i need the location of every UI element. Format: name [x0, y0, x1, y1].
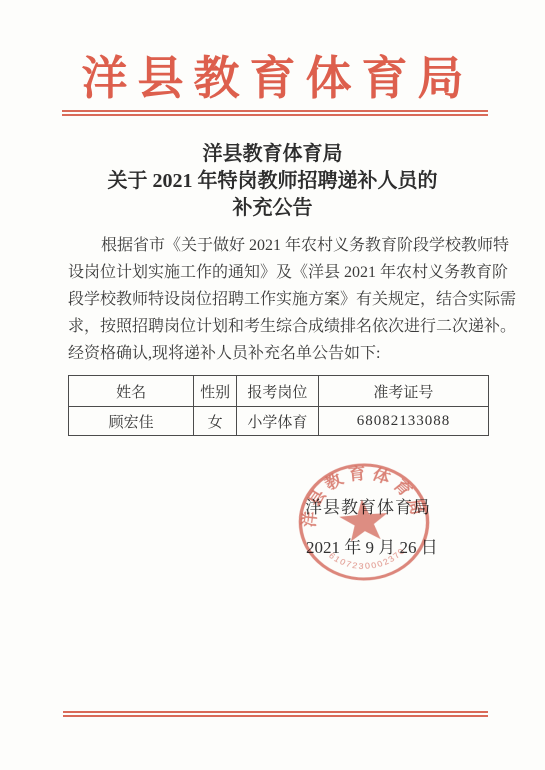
cell-gender: 女 — [194, 407, 237, 436]
seal-circle — [295, 460, 433, 584]
signature-org: 洋县教育体育局 — [305, 493, 431, 518]
body-paragraph: 根据省市《关于做好 2021 年农村义务教育阶段学校教师特 设岗位计划实施工作的… — [68, 232, 478, 367]
body-line: 求，按照招聘岗位计划和考生综合成绩排名依次进行二次递补。 — [68, 313, 478, 340]
body-line: 经资格确认,现将递补人员补充名单公告如下: — [68, 340, 478, 367]
footer-rule — [63, 711, 488, 717]
document-title: 洋县教育体育局 关于 2021 年特岗教师招聘递补人员的 补充公告 — [0, 141, 545, 222]
document-title-line: 洋县教育体育局 — [0, 141, 545, 168]
table-header-row: 姓名 性别 报考岗位 准考证号 — [69, 376, 489, 407]
cell-ticket: 68082133088 — [318, 407, 488, 436]
header-cell-gender: 性别 — [194, 376, 237, 407]
header-cell-name: 姓名 — [69, 376, 194, 407]
letterhead-title: 洋县教育体育局 — [0, 54, 545, 104]
cell-name: 顾宏佳 — [69, 407, 194, 436]
document-title-line: 补充公告 — [0, 195, 545, 222]
body-line: 段学校教师特设岗位招聘工作实施方案》有关规定，结合实际需 — [68, 286, 478, 313]
candidates-table: 姓名 性别 报考岗位 准考证号 顾宏佳 女 小学体育 68082133088 — [68, 375, 489, 436]
official-seal: 洋县教育体育局 6107230002370 — [287, 453, 441, 591]
letterhead-rule — [62, 110, 488, 116]
table-row: 顾宏佳 女 小学体育 68082133088 — [69, 407, 489, 436]
body-line: 根据省市《关于做好 2021 年农村义务教育阶段学校教师特 — [68, 232, 478, 259]
cell-post: 小学体育 — [236, 407, 318, 436]
document-title-line: 关于 2021 年特岗教师招聘递补人员的 — [0, 168, 545, 195]
signature-date: 2021 年 9 月 26 日 — [306, 533, 438, 558]
body-line: 设岗位计划实施工作的通知》及《洋县 2021 年农村义务教育阶 — [68, 259, 478, 286]
document-page: 洋县教育体育局 洋县教育体育局 关于 2021 年特岗教师招聘递补人员的 补充公… — [0, 0, 545, 770]
header-cell-ticket: 准考证号 — [318, 376, 488, 407]
header-cell-post: 报考岗位 — [236, 376, 318, 407]
